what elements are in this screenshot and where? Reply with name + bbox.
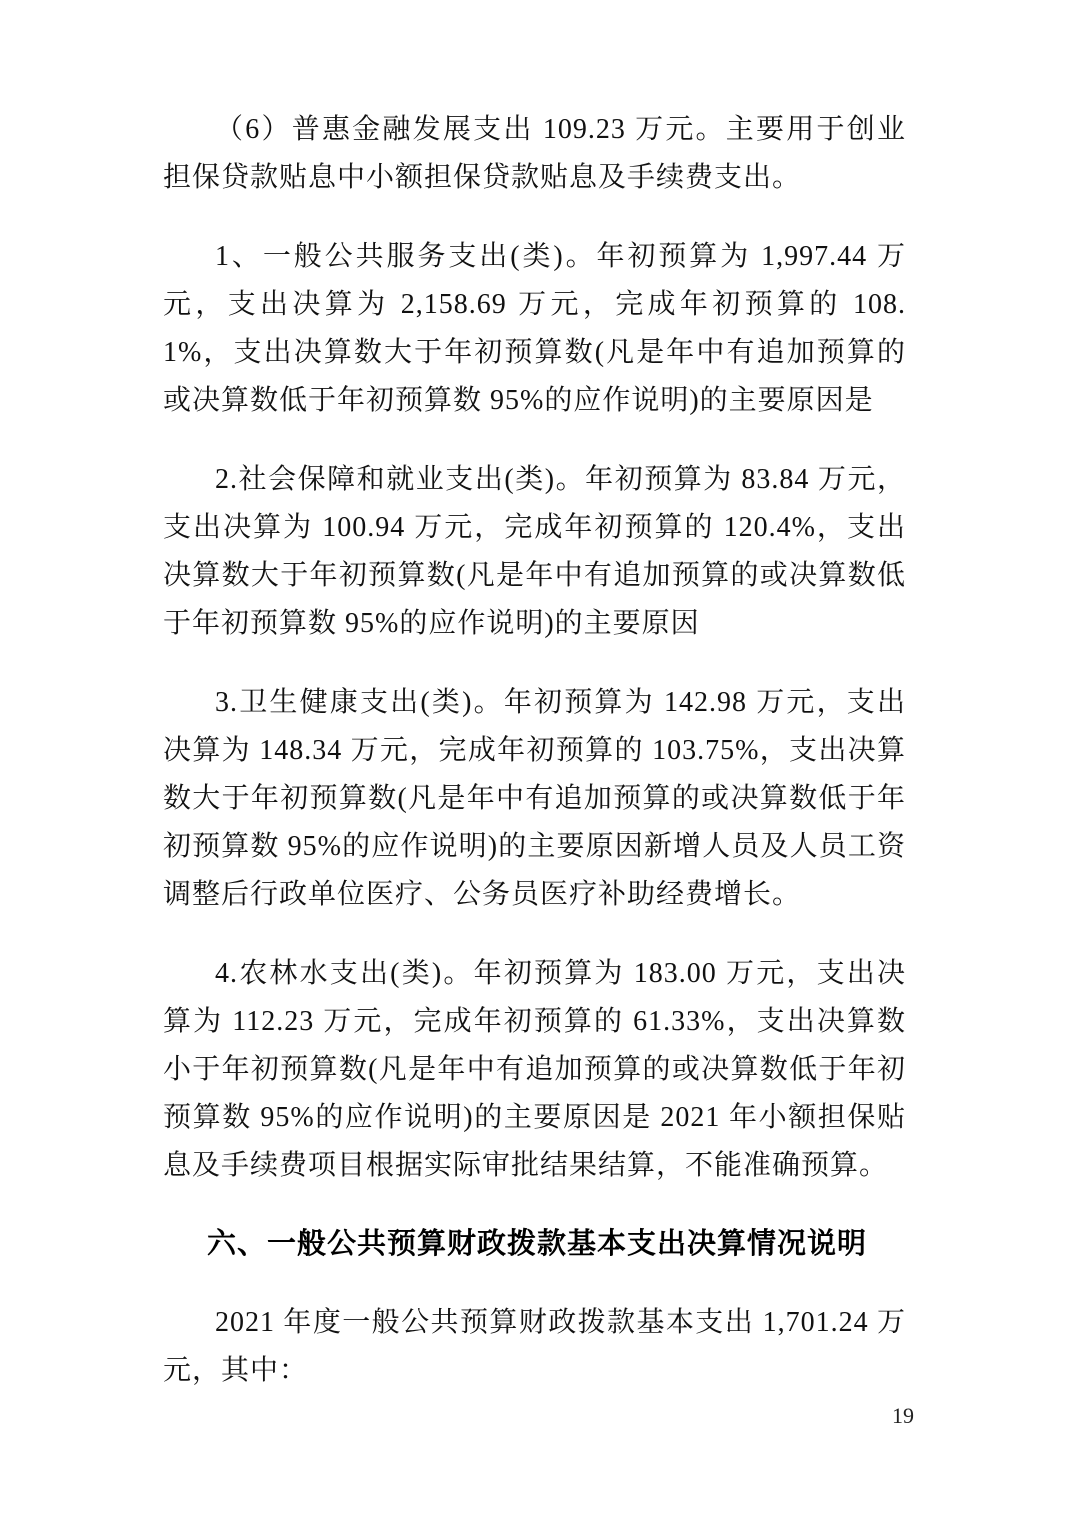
section-heading: 六、一般公共预算财政拨款基本支出决算情况说明 bbox=[163, 1220, 906, 1268]
document-page: （6）普惠金融发展支出 109.23 万元。主要用于创业担保贷款贴息中小额担保贷… bbox=[0, 0, 1075, 1520]
page-number: 19 bbox=[886, 1402, 920, 1430]
paragraph-general-public-service: 1、一般公共服务支出(类)。年初预算为 1,997.44 万元，支出决算为 2,… bbox=[163, 233, 906, 425]
paragraph-health: 3.卫生健康支出(类)。年初预算为 142.98 万元，支出决算为 148.34… bbox=[163, 679, 906, 919]
paragraph-basic-expenditure-intro: 2021 年度一般公共预算财政拨款基本支出 1,701.24 万元，其中： bbox=[163, 1299, 906, 1395]
document-content: （6）普惠金融发展支出 109.23 万元。主要用于创业担保贷款贴息中小额担保贷… bbox=[163, 106, 906, 1395]
paragraph-inclusive-finance: （6）普惠金融发展支出 109.23 万元。主要用于创业担保贷款贴息中小额担保贷… bbox=[163, 106, 906, 202]
paragraph-agriculture-forestry-water: 4.农林水支出(类)。年初预算为 183.00 万元，支出决算为 112.23 … bbox=[163, 950, 906, 1190]
paragraph-social-security-employment: 2.社会保障和就业支出(类)。年初预算为 83.84 万元，支出决算为 100.… bbox=[163, 456, 906, 648]
